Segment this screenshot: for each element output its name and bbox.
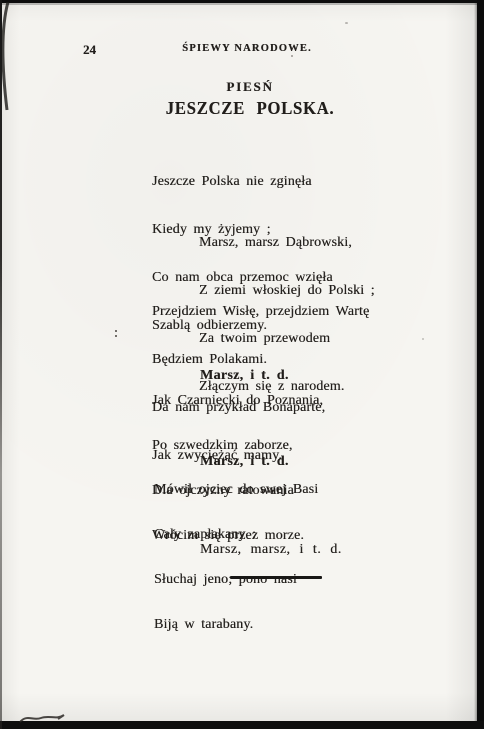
margin-ink-mark xyxy=(115,330,117,332)
paper-speck xyxy=(422,338,424,340)
scanned-book-page: 24 ŚPIEWY NARODOWE. PIESŃ JESZCZE POLSKA… xyxy=(0,0,484,729)
scan-edge-bottom xyxy=(0,721,484,729)
verse-line: Przejdziem Wisłę, przejdziem Wartę xyxy=(152,304,369,320)
paper-speck xyxy=(345,22,348,24)
song-title: JESZCZE POLSKA. xyxy=(20,98,480,119)
scan-hook-mark xyxy=(0,2,14,114)
paper-speck xyxy=(291,55,293,57)
running-head: ŚPIEWY NARODOWE. xyxy=(0,42,484,55)
verse-line: Mówił ojciec do swej Basi xyxy=(154,482,318,497)
scan-edge-top-shadow xyxy=(0,3,484,5)
verse-line: Jak Czarniecki do Poznania, xyxy=(152,393,323,408)
verse-line: Biją w tarabany. xyxy=(154,617,318,632)
refrain-line: Marsz, marsz, i t. d. xyxy=(200,542,342,558)
refrain-line: Marsz, marsz Dąbrowski, xyxy=(199,235,375,251)
scan-squiggle-mark xyxy=(18,710,68,728)
section-end-rule xyxy=(230,576,322,579)
song-label: PIESŃ xyxy=(8,79,484,94)
verse-line: Jeszcze Polska nie zginęła xyxy=(152,174,333,190)
